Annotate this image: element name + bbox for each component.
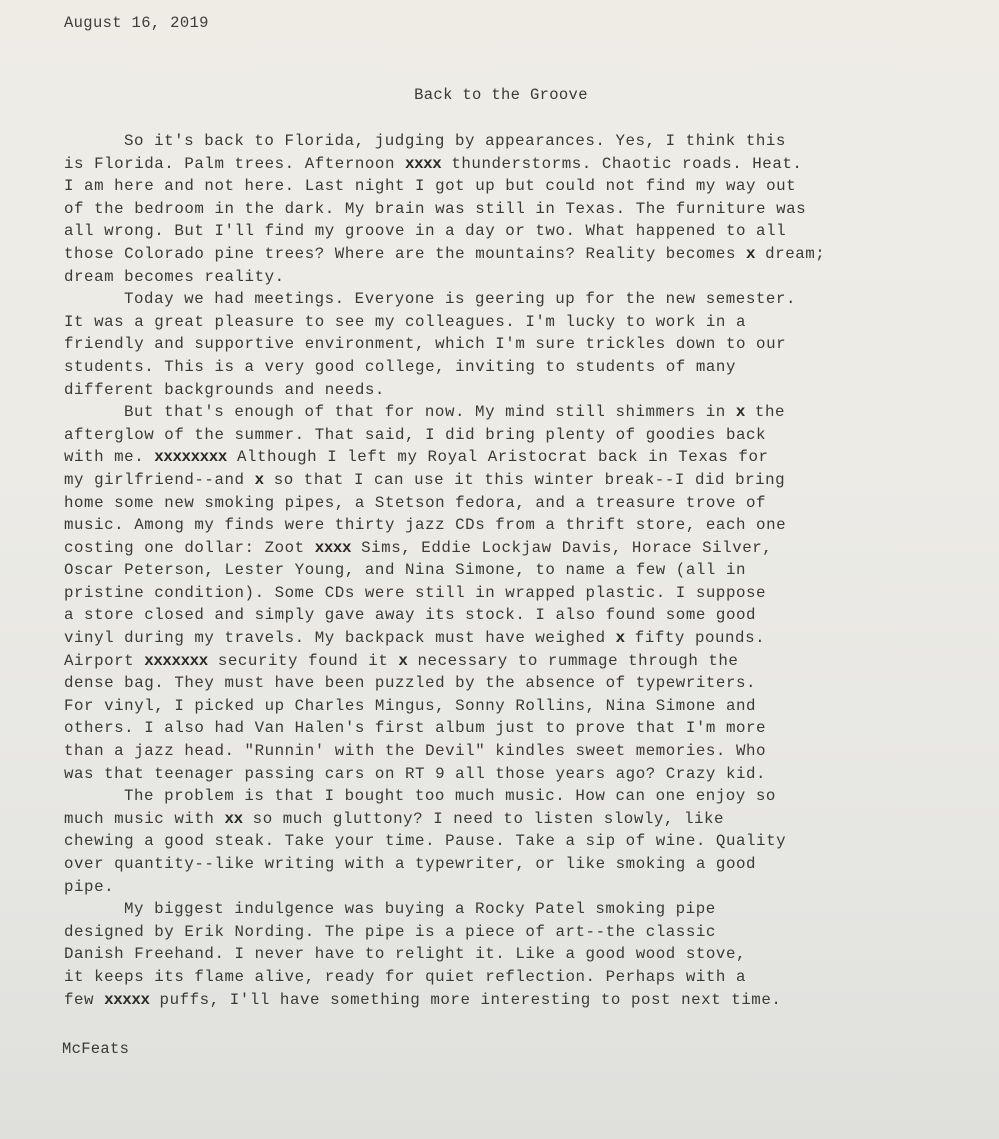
text-line: dense bag. They must have been puzzled b… <box>64 672 989 695</box>
text-line: Oscar Peterson, Lester Young, and Nina S… <box>64 559 989 582</box>
typewritten-page: August 16, 2019 Back to the Groove So it… <box>0 0 999 1139</box>
document-date: August 16, 2019 <box>64 14 209 32</box>
text-run: But that's enough of that for now. My mi… <box>124 403 736 421</box>
text-line: costing one dollar: Zoot xxxx Sims, Eddi… <box>64 537 989 560</box>
text-line: It was a great pleasure to see my collea… <box>64 311 989 334</box>
text-run: others. I also had Van Halen's first alb… <box>64 719 766 737</box>
struck-out-word: xxxxxxxx <box>154 448 227 466</box>
text-run: different backgrounds and needs. <box>64 381 385 399</box>
text-line: my girlfriend--and x so that I can use i… <box>64 469 989 492</box>
struck-out-word: xx <box>224 810 242 828</box>
text-line: music. Among my finds were thirty jazz C… <box>64 514 989 537</box>
text-line: over quantity--like writing with a typew… <box>64 853 989 876</box>
text-run: costing one dollar: Zoot <box>64 539 315 557</box>
text-run: It was a great pleasure to see my collea… <box>64 313 746 331</box>
text-line: I am here and not here. Last night I got… <box>64 175 989 198</box>
signature: McFeats <box>62 1040 129 1058</box>
text-run: was that teenager passing cars on RT 9 a… <box>64 765 766 783</box>
text-run: music. Among my finds were thirty jazz C… <box>64 516 786 534</box>
text-run: dream; <box>755 245 825 263</box>
text-run: much music with <box>64 810 224 828</box>
text-run: I am here and not here. Last night I got… <box>64 177 796 195</box>
text-line: For vinyl, I picked up Charles Mingus, S… <box>64 695 989 718</box>
text-run: a store closed and simply gave away its … <box>64 606 756 624</box>
struck-out-word: xxxxx <box>104 991 149 1009</box>
text-run: it keeps its flame alive, ready for quie… <box>64 968 746 986</box>
text-run: over quantity--like writing with a typew… <box>64 855 756 873</box>
struck-out-word: x <box>746 245 755 263</box>
struck-out-word: x <box>255 471 264 489</box>
text-run: necessary to rummage through the <box>407 652 738 670</box>
text-run: Today we had meetings. Everyone is geeri… <box>124 290 796 308</box>
paragraph: So it's back to Florida, judging by appe… <box>64 130 989 288</box>
text-run: puffs, I'll have something more interest… <box>150 991 782 1009</box>
text-line: all wrong. But I'll find my groove in a … <box>64 220 989 243</box>
paragraph: But that's enough of that for now. My mi… <box>64 401 989 785</box>
text-line: those Colorado pine trees? Where are the… <box>64 243 989 266</box>
text-line: The problem is that I bought too much mu… <box>64 785 989 808</box>
text-run: dense bag. They must have been puzzled b… <box>64 674 756 692</box>
paragraph: Today we had meetings. Everyone is geeri… <box>64 288 989 401</box>
text-run: For vinyl, I picked up Charles Mingus, S… <box>64 697 756 715</box>
text-run: few <box>64 991 104 1009</box>
document-title: Back to the Groove <box>0 86 999 104</box>
text-run: pipe. <box>64 878 114 896</box>
text-run: so much gluttony? I need to listen slowl… <box>243 810 724 828</box>
text-line: is Florida. Palm trees. Afternoon xxxx t… <box>64 153 989 176</box>
text-line: it keeps its flame alive, ready for quie… <box>64 966 989 989</box>
text-run: designed by Erik Nording. The pipe is a … <box>64 923 716 941</box>
text-run: my girlfriend--and <box>64 471 255 489</box>
text-run: Airport <box>64 652 144 670</box>
text-line: But that's enough of that for now. My mi… <box>64 401 989 424</box>
text-line: designed by Erik Nording. The pipe is a … <box>64 921 989 944</box>
struck-out-word: xxxx <box>315 539 351 557</box>
text-line: much music with xx so much gluttony? I n… <box>64 808 989 831</box>
text-line: My biggest indulgence was buying a Rocky… <box>64 898 989 921</box>
text-run: than a jazz head. "Runnin' with the Devi… <box>64 742 766 760</box>
text-run: all wrong. But I'll find my groove in a … <box>64 222 786 240</box>
text-run: the <box>745 403 785 421</box>
text-run: Danish Freehand. I never have to relight… <box>64 945 746 963</box>
text-run: is Florida. Palm trees. Afternoon <box>64 155 405 173</box>
text-run: pristine condition). Some CDs were still… <box>64 584 766 602</box>
text-run: So it's back to Florida, judging by appe… <box>124 132 786 150</box>
struck-out-word: xxxxxxx <box>144 652 208 670</box>
text-run: with me. <box>64 448 154 466</box>
text-line: others. I also had Van Halen's first alb… <box>64 717 989 740</box>
text-line: pristine condition). Some CDs were still… <box>64 582 989 605</box>
text-line: Airport xxxxxxx security found it x nece… <box>64 650 989 673</box>
text-line: than a jazz head. "Runnin' with the Devi… <box>64 740 989 763</box>
text-line: chewing a good steak. Take your time. Pa… <box>64 830 989 853</box>
text-line: So it's back to Florida, judging by appe… <box>64 130 989 153</box>
text-line: Today we had meetings. Everyone is geeri… <box>64 288 989 311</box>
struck-out-word: x <box>616 629 625 647</box>
text-run: Sims, Eddie Lockjaw Davis, Horace Silver… <box>351 539 772 557</box>
paragraph: My biggest indulgence was buying a Rocky… <box>64 898 989 1011</box>
text-run: dream becomes reality. <box>64 268 285 286</box>
text-run: friendly and supportive environment, whi… <box>64 335 786 353</box>
struck-out-word: x <box>736 403 745 421</box>
text-line: was that teenager passing cars on RT 9 a… <box>64 763 989 786</box>
text-run: those Colorado pine trees? Where are the… <box>64 245 746 263</box>
text-run: The problem is that I bought too much mu… <box>124 787 776 805</box>
text-run: fifty pounds. <box>625 629 765 647</box>
text-line: a store closed and simply gave away its … <box>64 604 989 627</box>
text-run: of the bedroom in the dark. My brain was… <box>64 200 806 218</box>
text-line: home some new smoking pipes, a Stetson f… <box>64 492 989 515</box>
text-line: with me. xxxxxxxx Although I left my Roy… <box>64 446 989 469</box>
text-line: dream becomes reality. <box>64 266 989 289</box>
text-line: vinyl during my travels. My backpack mus… <box>64 627 989 650</box>
text-line: afterglow of the summer. That said, I di… <box>64 424 989 447</box>
text-run: vinyl during my travels. My backpack mus… <box>64 629 616 647</box>
text-line: pipe. <box>64 876 989 899</box>
text-line: Danish Freehand. I never have to relight… <box>64 943 989 966</box>
text-line: few xxxxx puffs, I'll have something mor… <box>64 989 989 1012</box>
text-run: My biggest indulgence was buying a Rocky… <box>124 900 716 918</box>
text-run: home some new smoking pipes, a Stetson f… <box>64 494 766 512</box>
text-run: Oscar Peterson, Lester Young, and Nina S… <box>64 561 746 579</box>
text-run: Although I left my Royal Aristocrat back… <box>227 448 769 466</box>
struck-out-word: xxxx <box>405 155 441 173</box>
text-run: chewing a good steak. Take your time. Pa… <box>64 832 786 850</box>
text-run: security found it <box>208 652 399 670</box>
text-run: students. This is a very good college, i… <box>64 358 736 376</box>
text-line: different backgrounds and needs. <box>64 379 989 402</box>
text-run: so that I can use it this winter break--… <box>264 471 786 489</box>
paragraph: The problem is that I bought too much mu… <box>64 785 989 898</box>
document-body: So it's back to Florida, judging by appe… <box>64 130 989 1011</box>
text-line: students. This is a very good college, i… <box>64 356 989 379</box>
text-run: afterglow of the summer. That said, I di… <box>64 426 766 444</box>
text-line: friendly and supportive environment, whi… <box>64 333 989 356</box>
text-run: thunderstorms. Chaotic roads. Heat. <box>441 155 802 173</box>
text-line: of the bedroom in the dark. My brain was… <box>64 198 989 221</box>
